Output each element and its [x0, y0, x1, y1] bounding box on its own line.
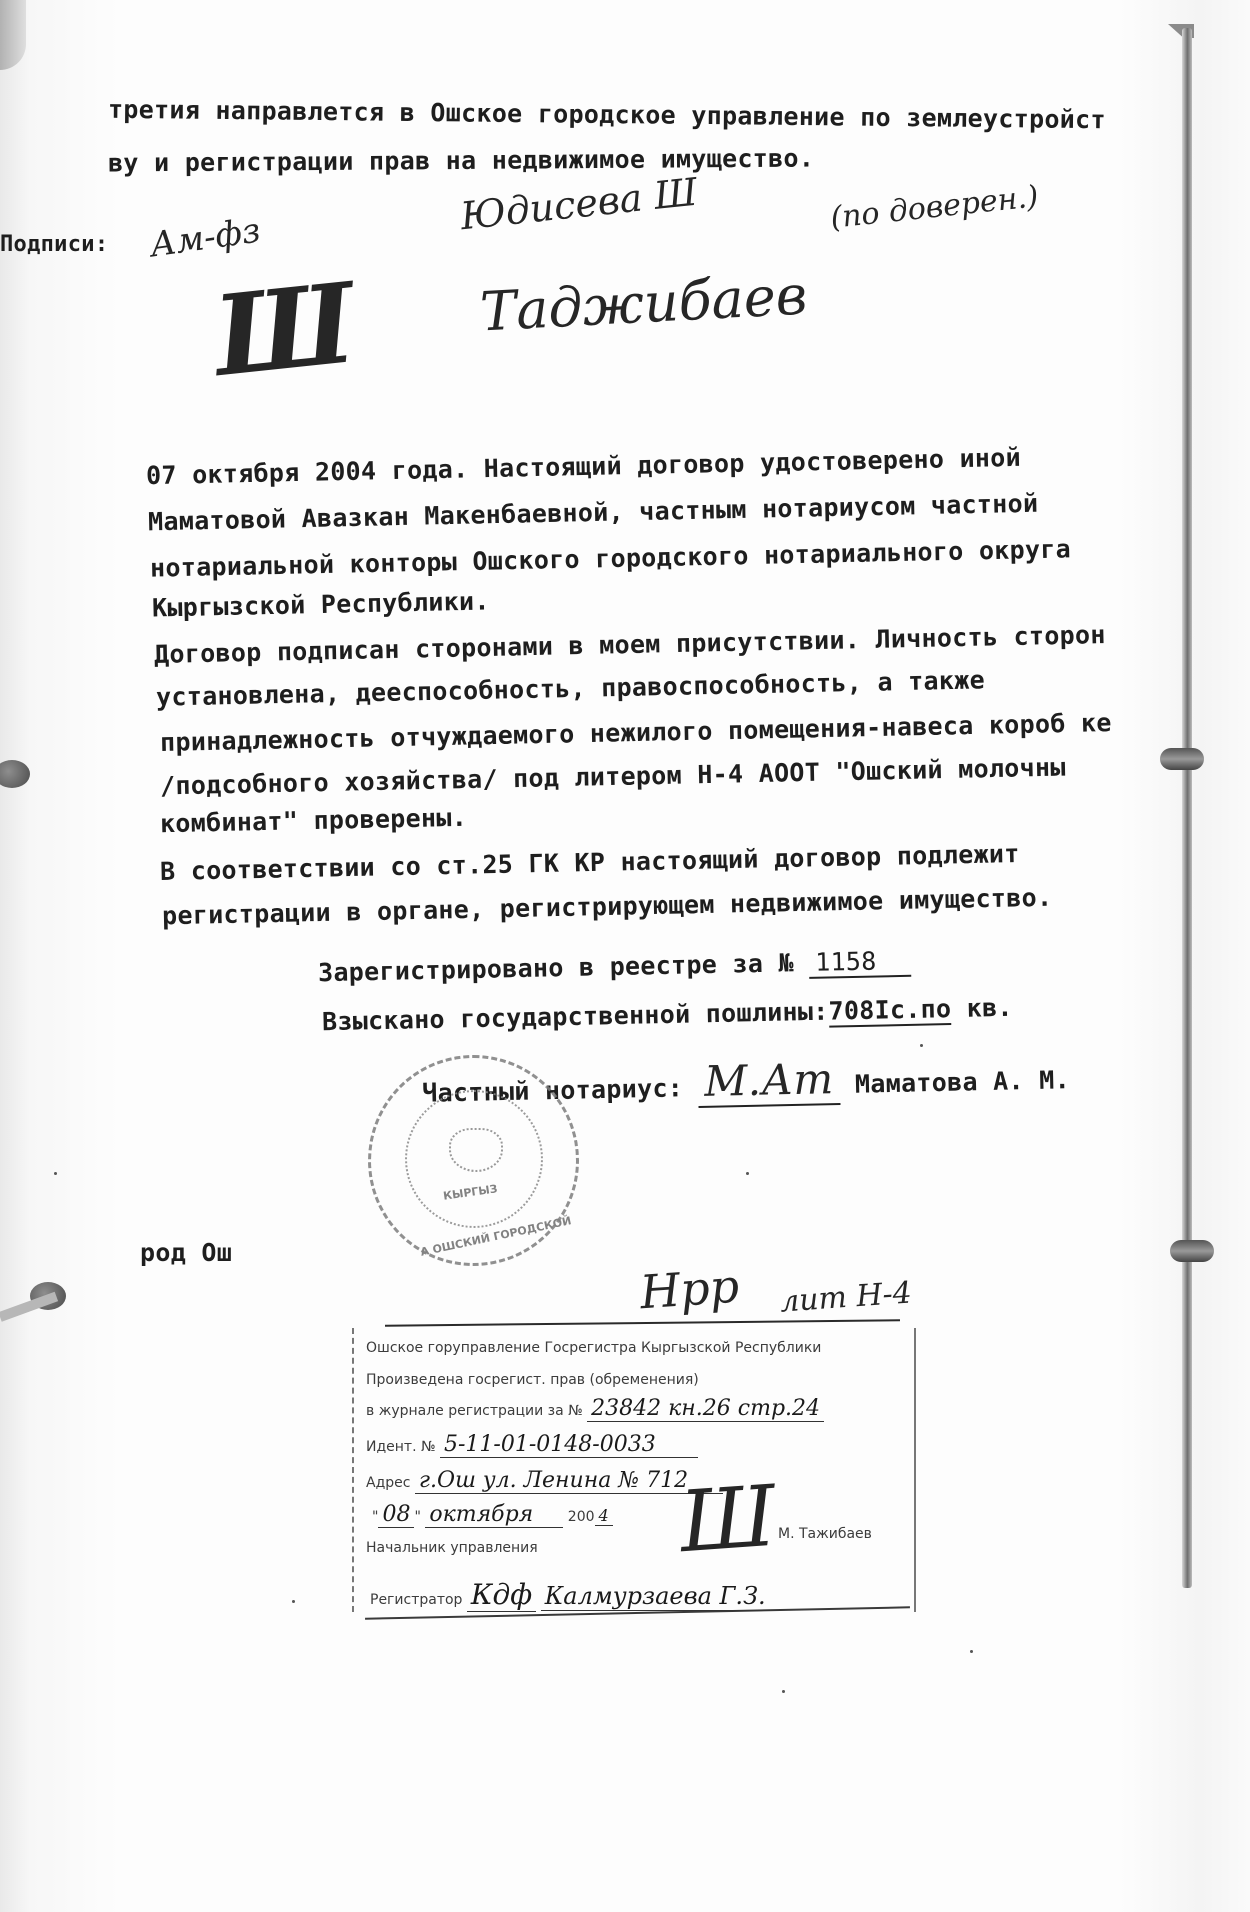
stamp-registrar-line: Регистратор Кдф Калмурзаева Г.З.: [370, 1578, 770, 1611]
certificate-line: регистрации в органе, регистрирующем нед…: [162, 883, 1053, 931]
date-year-prefix: 200: [568, 1509, 595, 1525]
journal-label: в журнале регистрации за №: [366, 1403, 583, 1419]
notary-signature: М.Ат: [698, 1054, 840, 1108]
address-label: Адрес: [366, 1475, 410, 1491]
handwritten-signature: Ш: [677, 1467, 779, 1571]
scan-speck: [746, 1172, 749, 1175]
scanned-document-page: третия направлется в Ошское городское уп…: [0, 0, 1250, 1912]
stamp-authority-line: Ошское горуправление Госрегистра Кыргызс…: [366, 1340, 821, 1356]
signatures-label: Подписи:: [0, 232, 108, 257]
stamp-date-line: "08" октября 2004: [372, 1502, 613, 1528]
certificate-line: нотариальной конторы Ошского городского …: [150, 534, 1071, 582]
registrar-name: Калмурзаева Г.З.: [541, 1582, 770, 1611]
handwritten-signature: Ам-фз: [148, 210, 263, 265]
notary-name: Маматова А. М.: [855, 1065, 1070, 1098]
handwritten-signature: Ш: [209, 258, 361, 401]
certificate-line: Договор подписан сторонами в моем присут…: [154, 620, 1106, 669]
date-month: октября: [425, 1502, 563, 1528]
certificate-line: 07 октября 2004 года. Настоящий договор …: [146, 443, 1021, 490]
fee-suffix: кв.: [966, 993, 1013, 1023]
certificate-line: комбинат" проверены.: [160, 803, 468, 838]
stamp-head-name: М. Тажибаев: [778, 1526, 872, 1542]
scan-speck: [920, 1044, 923, 1047]
stamp-top-rule: [385, 1319, 900, 1326]
binding-clip-icon: [1160, 748, 1204, 770]
handwritten-signature: Нрр: [638, 1259, 741, 1320]
page-corner-shadow: [0, 0, 26, 70]
scan-speck: [970, 1650, 973, 1653]
registry-number: 1158: [809, 946, 912, 979]
punch-hole-icon: [0, 760, 30, 788]
registry-entry: Зарегистрировано в реестре за № 1158: [318, 946, 912, 989]
scan-speck: [54, 1172, 57, 1175]
ident-label: Идент. №: [366, 1439, 436, 1455]
handwritten-note: лит Н-4: [779, 1275, 913, 1319]
certificate-line: Кыргызской Республики.: [152, 586, 490, 622]
binding-clip-icon: [1170, 1240, 1214, 1262]
ident-value: 5-11-01-0148-0033: [440, 1432, 698, 1458]
certificate-line: установлена, дееспособность, правоспособ…: [156, 665, 985, 711]
notary-seal-stamp: А ОШСКИЙ ГОРОДСКОЙ КЫРГЫЗ: [368, 1055, 579, 1266]
top-paragraph-line-2: ву и регистрации прав на недвижимое имущ…: [108, 144, 814, 178]
fee-value: 708Iс.по: [828, 994, 951, 1028]
handwritten-signer-name: Таджибаев: [479, 263, 809, 343]
journal-value: 23842 кн.26 стр.24: [587, 1396, 824, 1422]
certificate-line: /подсобного хозяйства/ под литером Н-4 А…: [160, 753, 1066, 801]
left-text-fragment: род Ош: [140, 1238, 232, 1267]
certificate-line: В соответствии со ст.25 ГК КР настоящий …: [160, 839, 1020, 886]
stamp-address-line: Адрес г.Ош ул. Ленина № 712: [366, 1468, 723, 1494]
stamp-rights-line: Произведена госрегист. прав (обременения…: [366, 1372, 699, 1388]
stamp-ident-line: Идент. № 5-11-01-0148-0033: [366, 1432, 698, 1458]
top-paragraph-line-1: третия направлется в Ошское городское уп…: [108, 95, 1106, 134]
state-fee-entry: Взыскано государственной пошлины:708Iс.п…: [322, 993, 1013, 1038]
certificate-line: принадлежность отчуждаемого нежилого пом…: [160, 708, 1112, 757]
handwritten-note: (по доверен.): [829, 179, 1040, 236]
certificate-line: Маматовой Авазкан Макенбаевной, частным …: [148, 489, 1039, 537]
date-year-suffix: 4: [595, 1506, 613, 1526]
fee-label: Взыскано государственной пошлины:: [322, 997, 829, 1037]
binding-rod: [1182, 28, 1192, 1588]
stamp-journal-line: в журнале регистрации за № 23842 кн.26 с…: [366, 1396, 824, 1421]
scan-speck: [292, 1600, 295, 1603]
date-day: 08: [378, 1502, 414, 1528]
registry-label: Зарегистрировано в реестре за №: [318, 948, 794, 987]
handwritten-signer-name: Юдисева Ш: [458, 170, 699, 239]
scan-speck: [782, 1690, 785, 1693]
stamp-head-line: Начальник управления: [366, 1540, 538, 1556]
coat-of-arms-icon: [449, 1128, 503, 1172]
registrar-label: Регистратор: [370, 1592, 462, 1608]
registrar-signature: Кдф: [467, 1578, 536, 1612]
